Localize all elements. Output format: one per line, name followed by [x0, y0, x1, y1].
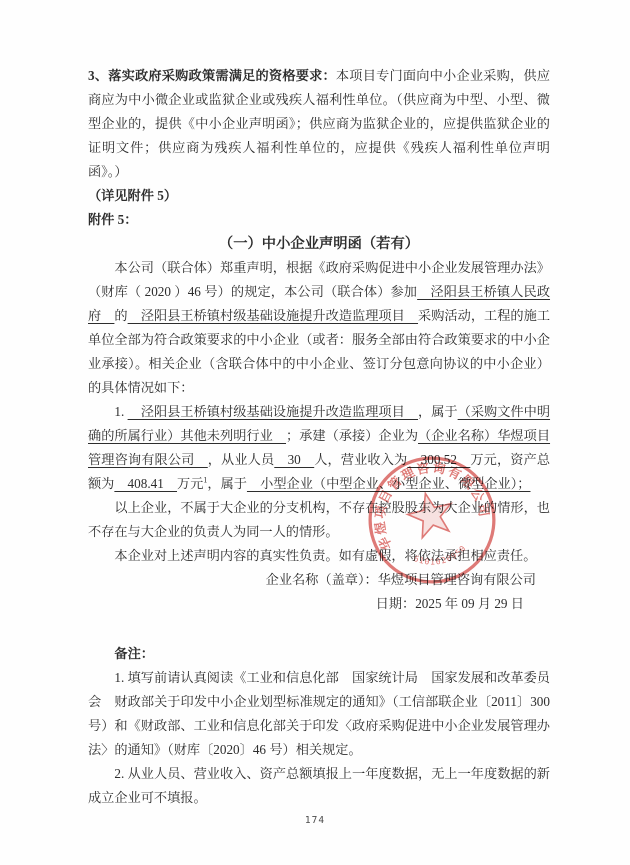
blank-enterprise-type: 小型企业（中型企业、小型企业、微型企业）； — [247, 476, 531, 491]
item1-number: 1. — [114, 404, 127, 419]
see-attachment-note: （详见附件 5） — [88, 184, 550, 208]
item1-text-3: ；承建（承接）企业为 — [286, 428, 418, 443]
blank-employee-count: 30 — [274, 452, 314, 467]
declaration-paragraph-1: 本公司（联合体）郑重声明，根据《政府采购促进中小企业发展管理办法》（财库（ 20… — [88, 256, 550, 400]
item1-text-4: ，从业人员 — [208, 452, 275, 467]
notes-section: 备注： 1. 填写前请认真阅读《工业和信息化部 国家统计局 国家发展和改革委员会… — [88, 642, 550, 810]
item1-text-7: 万元 — [177, 476, 203, 491]
note-item-1: 1. 填写前请认真阅读《工业和信息化部 国家统计局 国家发展和改革委员会 财政部… — [88, 666, 550, 762]
notes-label: 备注： — [88, 642, 550, 666]
declaration-title: （一）中小企业声明函（若有） — [88, 232, 550, 256]
declaration-paragraph-3: 本企业对上述声明内容的真实性负责。如有虚假，将依法承担相应责任。 — [88, 544, 550, 568]
blank-contract-name: 泾阳县王桥镇村级基础设施提升改造监理项目 — [128, 404, 418, 419]
document-page: 3、落实政府采购政策需满足的资格要求：本项目专门面向中小企业采购，供应商应为中小… — [0, 0, 630, 865]
qualification-requirements-paragraph: 3、落实政府采购政策需满足的资格要求：本项目专门面向中小企业采购，供应商应为中小… — [88, 64, 550, 184]
item1-text-5: 人，营业收入为 — [314, 452, 407, 467]
p1-text-2: 的 — [114, 308, 127, 323]
enterprise-item-1: 1. 泾阳县王桥镇村级基础设施提升改造监理项目 ，属于（采购文件中明确的所属行业… — [88, 400, 550, 496]
qualification-requirements-text: 本项目专门面向中小企业采购，供应商应为中小微企业或监狱企业或残疾人福利性单位。（… — [88, 68, 550, 179]
declaration-paragraph-2: 以上企业，不属于大企业的分支机构，不存在控股股东为大企业的情形，也不存在与大企业… — [88, 496, 550, 544]
attachment-label: 附件 5： — [88, 208, 550, 232]
qualification-requirements-label: 3、落实政府采购政策需满足的资格要求： — [88, 68, 336, 83]
item1-text-2: ，属于 — [418, 404, 458, 419]
page-number: 174 — [0, 815, 630, 826]
date-line: 日期：2025 年 09 月 29 日 — [88, 592, 550, 616]
note-item-2: 2. 从业人员、营业收入、资产总额填报上一年度数据，无上一年度数据的新成立企业可… — [88, 762, 550, 810]
blank-total-assets: 408.41 — [114, 476, 177, 491]
document-content: 3、落实政府采购政策需满足的资格要求：本项目专门面向中小企业采购，供应商应为中小… — [88, 64, 550, 810]
item1-text-8: ，属于 — [207, 476, 247, 491]
blank-revenue: 300.52 — [407, 452, 470, 467]
blank-project-name: 泾阳县王桥镇村级基础设施提升改造监理项目 — [128, 308, 418, 323]
company-signature-line: 企业名称（盖章）：华煜项目管理咨询有限公司 — [88, 568, 550, 592]
